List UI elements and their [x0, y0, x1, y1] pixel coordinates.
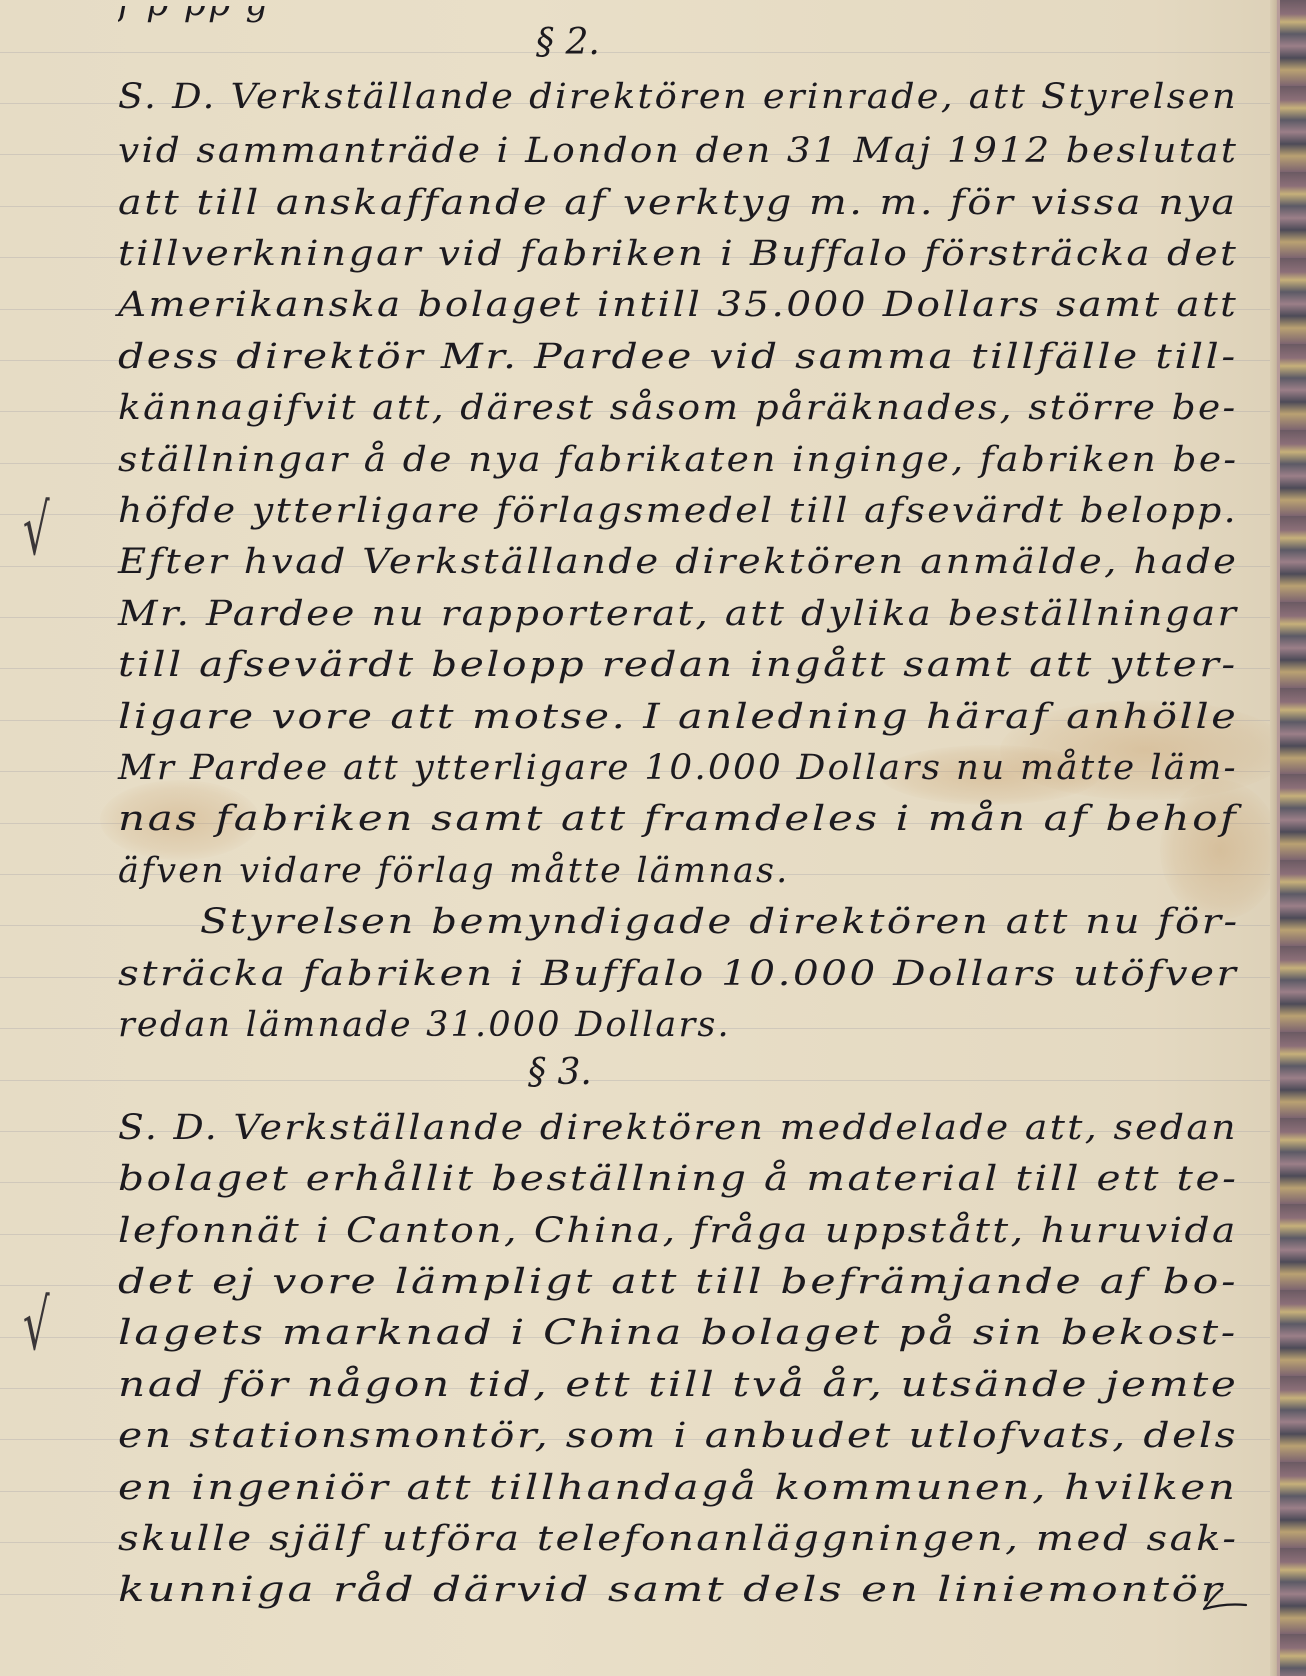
text-line: det ej vore lämpligt att till befrämjand… [118, 1265, 1238, 1300]
margin-check-icon: √ [23, 1290, 50, 1360]
text-line: ligare vore att motse. I anledning häraf… [118, 700, 1238, 735]
text-line: en ingeniör att tillhandagå kommunen, hv… [118, 1471, 1238, 1506]
text-line: Efter hvad Verkställande direktören anmä… [118, 545, 1238, 580]
text-line: skulle själf utföra telefonanläggningen,… [118, 1522, 1239, 1557]
ruling-line [0, 1080, 1270, 1081]
text-line: att till anskaffande af verktyg m. m. fö… [118, 186, 1238, 221]
text-line: vid sammanträde i London den 31 Maj 1912… [118, 134, 1238, 169]
text-line: äfven vidare förlag måtte lämnas. [118, 854, 790, 889]
text-line: Mr Pardee att ytterligare 10.000 Dollars… [118, 751, 1238, 786]
margin-check-icon: √ [23, 495, 50, 565]
text-line: nas fabriken samt att framdeles i mån af… [118, 802, 1238, 837]
text-line: höfde ytterligare förlagsmedel till afse… [118, 494, 1238, 529]
partial-top-line: f p pp g [118, 0, 270, 24]
text-line: lagets marknad i China bolaget på sin be… [118, 1316, 1238, 1351]
text-line: till afsevärdt belopp redan ingått samt … [118, 648, 1238, 683]
manuscript-page: f p pp g § 2. S. D. Verkställande direkt… [0, 0, 1280, 1676]
text-line: Amerikanska bolaget intill 35.000 Dollar… [118, 288, 1238, 323]
section-heading-3: § 3. [528, 1052, 592, 1093]
text-line: kännagifvit att, därest såsom påräknades… [118, 391, 1238, 426]
text-line: tillverkningar vid fabriken i Buffalo fö… [118, 237, 1238, 272]
text-line: S. D. Verkställande direktören erinrade,… [118, 80, 1238, 115]
text-line: Styrelsen bemyndigade direktören att nu … [200, 905, 1240, 940]
marbled-binding [1277, 0, 1306, 1676]
text-line: Mr. Pardee nu rapporterat, att dylika be… [118, 597, 1238, 632]
text-line: en stationsmontör, som i anbudet utlofva… [118, 1419, 1238, 1454]
text-line: nad för någon tid, ett till två år, utsä… [118, 1368, 1239, 1403]
ruling-line [0, 52, 1270, 53]
text-line: kunniga råd därvid samt dels en liniemon… [118, 1573, 1224, 1608]
text-line: dess direktör Mr. Pardee vid samma tillf… [118, 340, 1238, 375]
section-heading-2: § 2. [536, 22, 600, 63]
end-mark-icon [1200, 1585, 1248, 1613]
text-line: redan lämnade 31.000 Dollars. [118, 1008, 731, 1043]
text-line: sträcka fabriken i Buffalo 10.000 Dollar… [118, 957, 1238, 992]
text-line: lefonnät i Canton, China, fråga uppstått… [118, 1214, 1238, 1249]
text-line: bolaget erhållit beställning å material … [118, 1162, 1238, 1197]
text-line: ställningar å de nya fabrikaten inginge,… [118, 443, 1238, 478]
text-line: S. D. Verkställande direktören meddelade… [118, 1111, 1238, 1146]
